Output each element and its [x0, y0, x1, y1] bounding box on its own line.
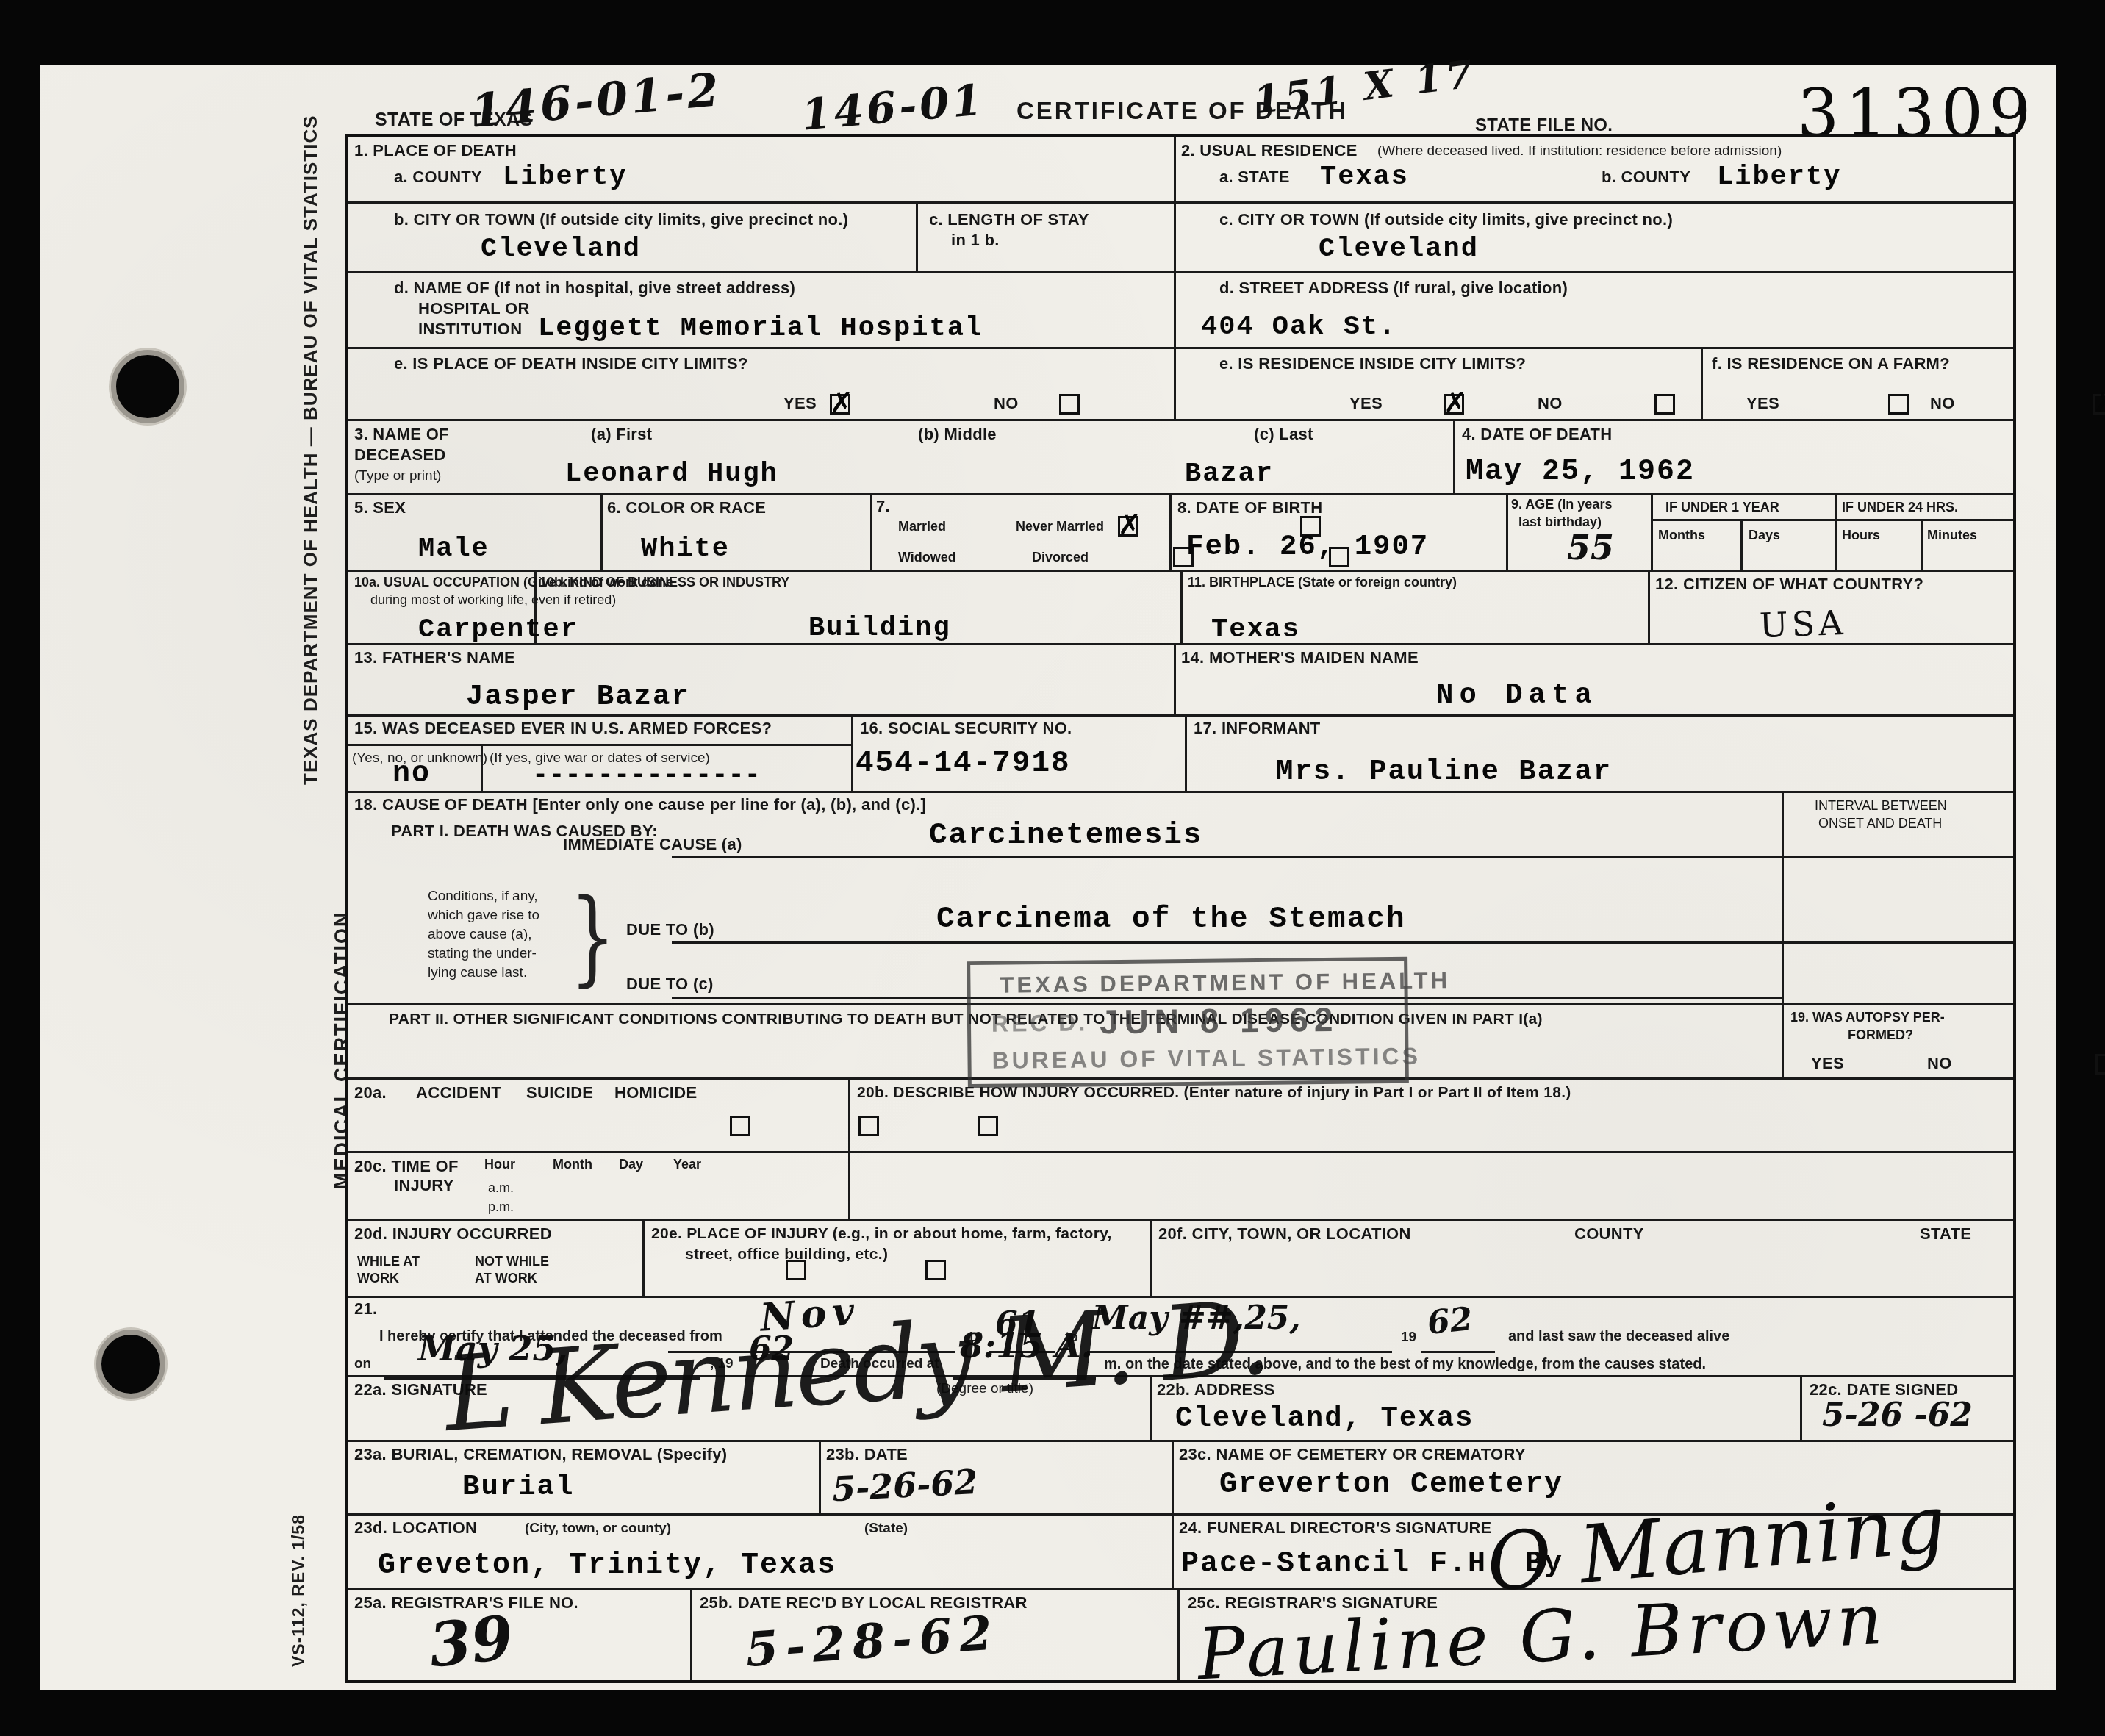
not-while-at-work-label1: NOT WHILE [475, 1254, 549, 1269]
immediate-cause-label: IMMEDIATE CAUSE (a) [563, 835, 742, 854]
grid-line [848, 1077, 850, 1219]
ssn-value: 454-14-7918 [856, 747, 1071, 781]
checkbox-not-while-at-work [925, 1260, 946, 1280]
state-file-no-label: STATE FILE NO. [1475, 116, 1613, 135]
middle-name-label: (b) Middle [918, 425, 997, 444]
handwritten-note: 151 X 17 [1251, 51, 1480, 123]
grid-line [1185, 714, 1187, 791]
certify-19b: 19 [1401, 1329, 1416, 1346]
widowed-label: Widowed [898, 550, 956, 565]
stamp-recd: REC'D. [991, 1009, 1089, 1037]
address-value: Cleveland, Texas [1175, 1402, 1474, 1435]
am-label: a.m. [488, 1180, 514, 1196]
hospital-label2: HOSPITAL OR [418, 299, 530, 318]
checkbox-residence-limits-yes: ✗ [1444, 394, 1464, 415]
yes-label: YES [1746, 394, 1779, 413]
due-to-b-value: Carcinema of the Stemach [936, 903, 1406, 936]
armed-forces-value: no [392, 758, 431, 791]
margin-form-number: VS-112, REV. 1/58 [289, 1514, 309, 1667]
race-value: White [641, 534, 730, 564]
grid-line [348, 419, 2013, 421]
grid-line [1921, 519, 1923, 570]
residence-state-value: Texas [1320, 162, 1409, 193]
cemetery-value: Greverton Cemetery [1219, 1468, 1563, 1502]
informant-label: 17. INFORMANT [1194, 719, 1321, 738]
race-label: 6. COLOR OR RACE [607, 498, 766, 517]
last-name-label: (c) Last [1254, 425, 1313, 444]
suicide-label: SUICIDE [526, 1083, 593, 1102]
homicide-label: HOMICIDE [614, 1083, 697, 1102]
grid-line [1782, 791, 1784, 1077]
grid-line [851, 714, 853, 791]
due-to-c-label: DUE TO (c) [626, 975, 714, 994]
interval-b-line [1782, 941, 2013, 944]
grid-line [348, 1151, 2013, 1153]
hour-label: Hour [484, 1157, 515, 1172]
grid-line [1648, 570, 1650, 643]
conditions-note3: above cause (a), [428, 926, 532, 944]
citizen-label: 12. CITIZEN OF WHAT COUNTRY? [1655, 575, 1923, 594]
funeral-director-label: 24. FUNERAL DIRECTOR'S SIGNATURE [1179, 1518, 1492, 1538]
accident-label: ACCIDENT [416, 1083, 501, 1102]
grid-line [1740, 519, 1743, 570]
occupation-label2: during most of working life, even if ret… [370, 592, 616, 608]
residence-county-label: b. COUNTY [1602, 168, 1690, 187]
year-label: Year [673, 1157, 701, 1172]
checkbox-farm-yes [1888, 394, 1909, 415]
months-label: Months [1658, 528, 1705, 543]
conditions-note2: which gave rise to [428, 907, 539, 925]
date-recd-value: 5-28-62 [744, 1605, 1001, 1678]
grid-line [1174, 643, 1176, 714]
address-label: 22b. ADDRESS [1157, 1380, 1275, 1399]
grid-line [348, 493, 2013, 495]
checkbox-place-death-no [1059, 394, 1080, 415]
minutes-label: Minutes [1927, 528, 1977, 543]
immediate-cause-value: Carcinetemesis [929, 819, 1202, 853]
grid-line [1453, 419, 1455, 493]
received-stamp: TEXAS DEPARTMENT OF HEALTH REC'D. JUN 8 … [967, 957, 1409, 1088]
hours-label: Hours [1842, 528, 1880, 543]
no-label: NO [1930, 394, 1955, 413]
location-sub1: (City, town, or county) [525, 1520, 671, 1538]
citizen-value: USA [1759, 603, 1847, 645]
ssn-label: 16. SOCIAL SECURITY NO. [860, 719, 1072, 738]
interval-label2: ONSET AND DEATH [1818, 816, 1942, 831]
grid-line [1651, 493, 1653, 570]
birthplace-label: 11. BIRTHPLACE (State or foreign country… [1188, 575, 1457, 590]
place-of-injury-label2: street, office building, etc.) [685, 1245, 888, 1264]
while-at-work-label1: WHILE AT [357, 1254, 420, 1269]
residence-farm-label: f. IS RESIDENCE ON A FARM? [1712, 354, 1950, 373]
grid-line [1150, 1219, 1152, 1296]
fathers-name-value: Jasper Bazar [466, 681, 690, 713]
cause-b-line [672, 941, 1782, 944]
certify-text-3: and last saw the deceased alive [1508, 1327, 1729, 1345]
date-signed-value: 5-26 -62 [1822, 1396, 1973, 1434]
grid-line [1180, 570, 1183, 643]
grid-line [1800, 1375, 1802, 1440]
checkbox-suicide [858, 1116, 879, 1136]
county-value: Liberty [503, 162, 627, 193]
injury-state-label: STATE [1920, 1224, 1971, 1244]
describe-injury-label: 20b. DESCRIBE HOW INJURY OCCURRED. (Ente… [857, 1083, 1571, 1102]
injury-city-label: 20f. CITY, TOWN, OR LOCATION [1158, 1224, 1411, 1244]
age-value: 55 [1567, 528, 1614, 567]
location-label: 23d. LOCATION [354, 1518, 477, 1538]
grid-line [819, 1440, 821, 1513]
handwritten-file-code-2: 146-01 [800, 74, 987, 140]
death-certificate-page: TEXAS DEPARTMENT OF HEALTH — BUREAU OF V… [40, 65, 2056, 1690]
grid-line [348, 271, 2013, 273]
checkbox-residence-limits-no [1654, 394, 1675, 415]
punch-hole-top [111, 350, 184, 423]
county-label: a. COUNTY [394, 168, 482, 187]
certify-number-label: 21. [354, 1299, 377, 1319]
rule-line [1421, 1351, 1495, 1353]
cause-a-line [672, 856, 1782, 858]
checkbox-place-death-yes: ✗ [830, 394, 850, 415]
grid-line [690, 1588, 692, 1680]
date-of-death-label: 4. DATE OF DEATH [1462, 425, 1612, 444]
no-label: NO [1927, 1054, 1952, 1073]
burial-date-label: 23b. DATE [826, 1445, 908, 1464]
month-label: Month [553, 1157, 592, 1172]
grid-line [1835, 493, 1837, 570]
marital-label: 7. [876, 497, 890, 516]
grid-line [1651, 519, 2013, 521]
cemetery-label: 23c. NAME OF CEMETERY OR CREMATORY [1179, 1445, 1526, 1464]
residence-city-label: c. CITY OR TOWN (If outside city limits,… [1219, 210, 1673, 229]
street-address-label: d. STREET ADDRESS (If rural, give locati… [1219, 279, 1568, 298]
hospital-value: Leggett Memorial Hospital [538, 313, 983, 344]
place-of-injury-label1: 20e. PLACE OF INJURY (e.g., in or about … [651, 1224, 1112, 1244]
autopsy-label2: FORMED? [1848, 1027, 1913, 1043]
birthplace-value: Texas [1211, 614, 1300, 645]
grid-line [870, 493, 872, 570]
fathers-name-label: 13. FATHER'S NAME [354, 648, 515, 667]
checkbox-homicide [978, 1116, 998, 1136]
city-value: Cleveland [481, 234, 641, 265]
burial-label: 23a. BURIAL, CREMATION, REMOVAL (Specify… [354, 1445, 727, 1464]
certificate-form: 1. PLACE OF DEATH a. COUNTY Liberty b. C… [345, 134, 2016, 1683]
never-married-label: Never Married [1016, 519, 1104, 534]
days-label: Days [1749, 528, 1780, 543]
check-mark: ✗ [1444, 387, 1467, 419]
residence-city-limits-label: e. IS RESIDENCE INSIDE CITY LIMITS? [1219, 354, 1526, 373]
grid-line [642, 1219, 645, 1296]
middle-name-value: Hugh [707, 459, 778, 489]
yes-label: YES [1349, 394, 1383, 413]
informant-value: Mrs. Pauline Bazar [1276, 756, 1612, 788]
punch-hole-bottom [96, 1330, 165, 1399]
residence-city-value: Cleveland [1319, 234, 1479, 265]
armed-forces-label: 15. WAS DECEASED EVER IN U.S. ARMED FORC… [354, 719, 772, 738]
name-of-deceased-heading: 3. NAME OF [354, 425, 449, 444]
yes-label: YES [783, 394, 817, 413]
cause-of-death-label: 18. CAUSE OF DEATH [Enter only one cause… [354, 795, 926, 814]
autopsy-label1: 19. WAS AUTOPSY PER- [1790, 1010, 1945, 1025]
city-label: b. CITY OR TOWN (If outside city limits,… [394, 210, 848, 229]
grid-line [348, 201, 2013, 204]
name-of-deceased-heading3: (Type or print) [354, 467, 441, 485]
stamp-line3: BUREAU OF VITAL STATISTICS [991, 1043, 1421, 1075]
usual-residence-heading: 2. USUAL RESIDENCE [1181, 141, 1358, 160]
grid-line [1701, 347, 1703, 419]
sex-value: Male [418, 534, 490, 564]
registrar-file-no-value: 39 [426, 1602, 517, 1681]
usual-residence-note: (Where deceased lived. If institution: r… [1377, 143, 1782, 160]
check-mark: ✗ [830, 387, 853, 419]
yes-label: YES [1811, 1054, 1844, 1073]
business-value: Building [808, 613, 951, 644]
while-at-work-label2: WORK [357, 1271, 399, 1286]
burial-value: Burial [462, 1471, 574, 1503]
certify-on: on [354, 1355, 371, 1373]
if-under-1-year-label: IF UNDER 1 YEAR [1665, 500, 1779, 515]
grid-line [348, 1219, 2013, 1221]
grid-line [348, 714, 2013, 717]
hospital-label3: INSTITUTION [418, 320, 522, 339]
check-mark: ✗ [2093, 387, 2105, 419]
interval-label1: INTERVAL BETWEEN [1815, 798, 1947, 814]
divorced-label: Divorced [1032, 550, 1089, 565]
street-address-value: 404 Oak St. [1201, 312, 1396, 342]
grid-line [1506, 493, 1508, 570]
injury-county-label: COUNTY [1574, 1224, 1644, 1244]
first-name-value: Leonard [565, 459, 689, 489]
if-under-24-hrs-label: IF UNDER 24 HRS. [1842, 500, 1958, 515]
injury-20a-label: 20a. [354, 1083, 387, 1102]
conditions-brace: } [570, 878, 615, 997]
burial-date-value: 5-26-62 [831, 1462, 979, 1509]
grid-line [1169, 493, 1172, 570]
length-of-stay-label2: in 1 b. [951, 231, 1000, 250]
grid-line [1172, 1440, 1174, 1588]
location-sub2: (State) [864, 1520, 908, 1538]
residence-state-label: a. STATE [1219, 168, 1290, 187]
date-of-birth-label: 8. DATE OF BIRTH [1177, 498, 1323, 517]
mothers-maiden-name-label: 14. MOTHER'S MAIDEN NAME [1181, 648, 1419, 667]
time-of-injury-label2: INJURY [394, 1176, 454, 1195]
injury-occurred-label: 20d. INJURY OCCURRED [354, 1224, 552, 1244]
date-of-birth-value: Feb. 26, 1907 [1186, 531, 1429, 563]
time-of-injury-label1: 20c. TIME OF [354, 1157, 459, 1176]
last-name-value: Bazar [1185, 459, 1274, 489]
day-label: Day [619, 1157, 643, 1172]
hw-to-year: 62 [1426, 1300, 1474, 1342]
grid-line [348, 347, 2013, 349]
checkbox-accident [730, 1116, 750, 1136]
handwritten-file-code-1: 146-01-2 [468, 62, 723, 138]
occupation-value: Carpenter [418, 614, 578, 645]
place-death-city-limits-label: e. IS PLACE OF DEATH INSIDE CITY LIMITS? [394, 354, 748, 373]
grid-line [916, 201, 918, 271]
grid-line [348, 744, 851, 746]
pm-label: p.m. [488, 1199, 514, 1215]
no-label: NO [994, 394, 1019, 413]
conditions-note5: lying cause last. [428, 964, 527, 982]
length-of-stay-label: c. LENGTH OF STAY [929, 210, 1089, 229]
armed-forces-dashes: -------------- [532, 760, 761, 791]
place-of-death-heading: 1. PLACE OF DEATH [354, 141, 517, 160]
stamp-date: JUN 8 1962 [1100, 1000, 1339, 1041]
grid-line [600, 493, 603, 570]
location-value: Greveton, Trinity, Texas [378, 1549, 836, 1582]
margin-department-text: TEXAS DEPARTMENT OF HEALTH — BUREAU OF V… [299, 115, 322, 785]
checkbox-married: ✗ [1118, 516, 1138, 537]
no-label: NO [1538, 394, 1563, 413]
grid-line [1174, 137, 1176, 419]
grid-line [348, 791, 2013, 793]
married-label: Married [898, 519, 946, 534]
residence-county-value: Liberty [1717, 162, 1841, 193]
first-name-label: (a) First [591, 425, 652, 444]
date-of-death-value: May 25, 1962 [1466, 456, 1695, 489]
checkbox-farm-no: ✗ [2093, 394, 2105, 415]
mothers-maiden-name-value: No Data [1436, 679, 1598, 711]
check-mark: ✗ [1118, 509, 1141, 541]
checkbox-autopsy-yes [2095, 1054, 2105, 1075]
interval-a-line [1782, 856, 2013, 858]
business-label: 10b. KIND OF BUSINESS OR INDUSTRY [539, 575, 789, 590]
conditions-note4: stating the under- [428, 945, 537, 963]
stamp-line1: TEXAS DEPARTMENT OF HEALTH [1000, 967, 1450, 998]
grid-line [1177, 1588, 1180, 1680]
age-label: 9. AGE (In years [1511, 497, 1612, 512]
hospital-label: d. NAME OF (If not in hospital, give str… [394, 279, 795, 298]
not-while-at-work-label2: AT WORK [475, 1271, 537, 1286]
conditions-note1: Conditions, if any, [428, 888, 538, 905]
name-of-deceased-heading2: DECEASED [354, 445, 446, 465]
sex-label: 5. SEX [354, 498, 406, 517]
due-to-b-label: DUE TO (b) [626, 920, 714, 939]
